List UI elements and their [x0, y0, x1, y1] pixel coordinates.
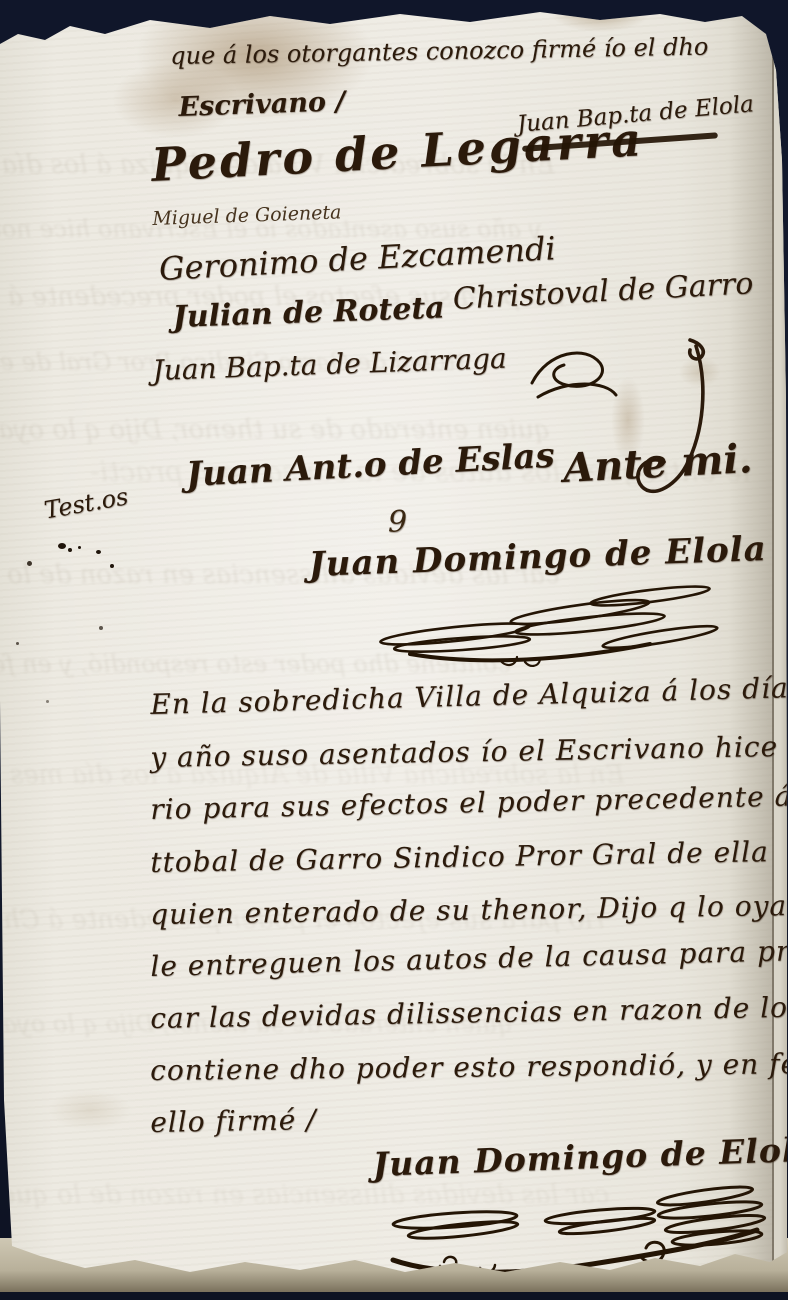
manuscript-page: En la sobredicha Villa de Alquiza á los … [0, 0, 788, 1300]
body-line: y año suso asentados ío el Escrivano hic… [150, 728, 788, 774]
pen-mark-9: 9 [388, 505, 407, 540]
margin-witness-label: Test.os [42, 482, 130, 524]
body-line: le entreguen los autos de la causa para … [150, 933, 788, 983]
ink-blot [78, 546, 81, 549]
signature-notary-bottom: Juan Domingo de Elola [372, 1129, 788, 1184]
ink-blot [68, 548, 72, 552]
pen-flourish-large [612, 332, 722, 522]
closing-line-1: que á los otorgantes conozco firmé ío el… [170, 33, 709, 70]
photo-background: En la sobredicha Villa de Alquiza á los … [0, 0, 788, 1300]
closing-line-2: Escrivano / [178, 86, 346, 123]
ink-blot [16, 642, 19, 645]
ink-blot [58, 543, 66, 549]
ink-blot [99, 626, 103, 630]
ante-mi-label: Ante mi. [562, 435, 754, 492]
ink-blot [27, 561, 32, 566]
signature-christoval-garro: Christoval de Garro [452, 266, 754, 317]
rubric-notary-mid [350, 582, 730, 672]
body-line: ttobal de Garro Sindico Pror Gral de ell… [150, 835, 769, 879]
page-fold-edge [772, 30, 787, 1270]
signature-notary-mid: Juan Domingo de Elola [308, 529, 767, 585]
body-line: ello firmé / [150, 1103, 317, 1139]
ink-blot [46, 700, 49, 703]
body-line: quien enterado de su thenor, Dijo q lo o… [150, 888, 788, 931]
ink-blot [110, 564, 114, 568]
body-line: car las devidas dilissencias en razon de… [150, 990, 788, 1035]
body-line: contiene dho poder esto respondió, y en … [150, 1047, 788, 1087]
page-fold-shadow [728, 0, 774, 1300]
ink-blot [96, 550, 101, 554]
